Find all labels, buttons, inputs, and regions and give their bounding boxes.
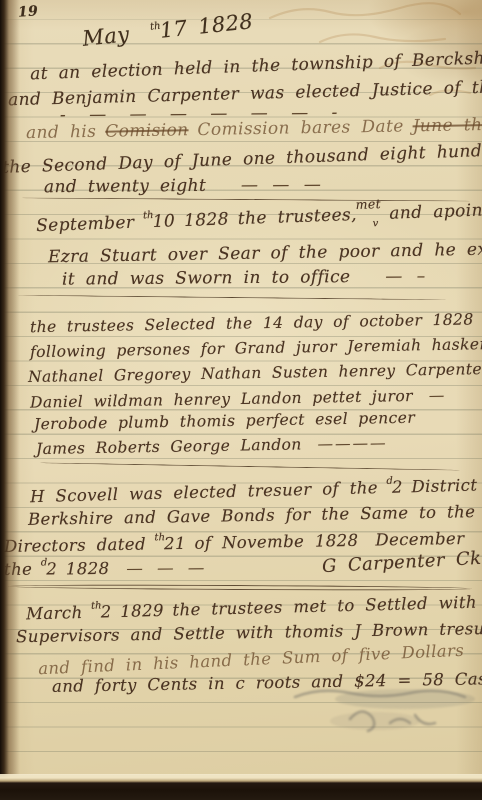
year: 1829 bbox=[120, 601, 164, 621]
page-bottom-edge bbox=[0, 774, 482, 800]
entry-september-line-3: it and was Sworn in to office — – bbox=[62, 266, 427, 289]
trailing-dashes: ———— bbox=[317, 434, 387, 453]
day: 2 bbox=[100, 602, 111, 621]
heading-month: May bbox=[81, 22, 130, 51]
year: 1828 bbox=[66, 559, 110, 578]
book-gutter-shadow bbox=[0, 0, 20, 800]
trailing-dashes: — – bbox=[385, 266, 427, 286]
line-3-mid: Comission bares Date bbox=[197, 116, 404, 140]
heading-day: 17 bbox=[159, 16, 189, 43]
district-number: 2 bbox=[392, 477, 403, 496]
line-text: it and was Sworn in to office bbox=[62, 267, 351, 290]
pencil-smudge bbox=[255, 685, 480, 755]
trailing-dashes: — — — bbox=[126, 558, 206, 578]
day-number: 21 bbox=[164, 534, 186, 553]
line-end: District in bbox=[411, 475, 482, 496]
struck-words: June the bbox=[412, 115, 482, 136]
ledger-page: 19 May th17 1828 at an election held in … bbox=[0, 0, 482, 800]
struck-word: Comision bbox=[105, 120, 189, 141]
line-mid: the trustees, bbox=[237, 205, 357, 229]
line-start: Directors dated bbox=[4, 535, 146, 556]
day: 10 bbox=[152, 211, 175, 232]
line-mid: of Novembe 1828 bbox=[194, 531, 358, 553]
inserted-word: met bbox=[355, 196, 381, 212]
insert-caret: v bbox=[373, 218, 379, 229]
entry-november-line-4: the d2 1828 — — — bbox=[4, 556, 207, 579]
day-number: 2 bbox=[46, 559, 57, 578]
entry-may-line-5: and twenty eight — — — bbox=[44, 175, 323, 197]
month: March bbox=[26, 603, 83, 623]
trailing-dashes: — — — bbox=[241, 175, 323, 196]
year: 1828 bbox=[184, 209, 230, 231]
line-5-text: and twenty eight bbox=[44, 176, 206, 197]
line-tail: and apointd bbox=[389, 200, 482, 224]
trailing-dash: — bbox=[429, 386, 447, 404]
page-number: 19 bbox=[17, 3, 38, 20]
month: September bbox=[36, 213, 135, 236]
line-3-start: and his bbox=[26, 122, 97, 143]
line-end: December bbox=[375, 529, 464, 550]
